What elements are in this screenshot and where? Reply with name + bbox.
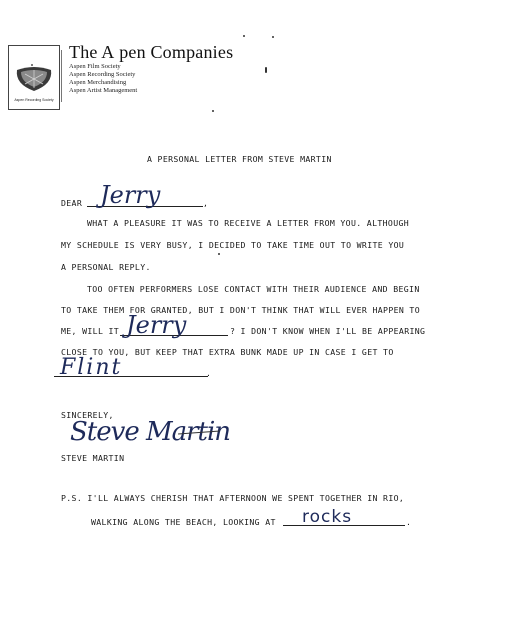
signer-name: STEVE MARTIN [61, 453, 124, 463]
globe-emblem-icon [15, 62, 53, 92]
company-divisions: Aspen Film Society Aspen Recording Socie… [69, 63, 137, 95]
paper-speck [218, 253, 220, 255]
letter-heading: A PERSONAL LETTER FROM STEVE MARTIN [147, 154, 332, 164]
paper-speck [243, 35, 245, 37]
inline-name: Jerry [126, 311, 186, 339]
company-logo: Aspen Recording Society [8, 45, 60, 110]
ps-line: P.S. I'LL ALWAYS CHERISH THAT AFTERNOON … [61, 493, 404, 503]
city-period: . [206, 368, 211, 378]
ps-fill: rocks [302, 507, 352, 527]
ps-period: . [406, 517, 411, 527]
city-name: Flint [60, 355, 122, 380]
salutation-comma: , [203, 198, 208, 208]
letter-page: Aspen Recording Society The A pen Compan… [0, 0, 520, 631]
body-line: TO TAKE THEM FOR GRANTED, BUT I DON'T TH… [61, 305, 420, 315]
division-item: Aspen Artist Management [69, 87, 137, 95]
letterhead-divider [61, 50, 62, 102]
body-line: MY SCHEDULE IS VERY BUSY, I DECIDED TO T… [61, 240, 404, 250]
division-item: Aspen Recording Society [69, 71, 137, 79]
division-item: Aspen Film Society [69, 63, 137, 71]
body-line: WHAT A PLEASURE IT WAS TO RECEIVE A LETT… [87, 218, 409, 228]
division-item: Aspen Merchandising [69, 79, 137, 87]
body-line: A PERSONAL REPLY. [61, 262, 151, 272]
logo-caption: Aspen Recording Society [10, 98, 58, 102]
paper-speck [272, 36, 274, 38]
body-line: ME, WILL IT [61, 326, 119, 336]
ps-line: WALKING ALONG THE BEACH, LOOKING AT [91, 517, 276, 527]
body-line: ? I DON'T KNOW WHEN I'LL BE APPEARING [230, 326, 425, 336]
salutation-name: Jerry [100, 181, 160, 209]
paper-speck [212, 110, 214, 112]
company-name: The A pen Companies [69, 42, 233, 63]
paper-speck [265, 67, 267, 73]
body-line: TOO OFTEN PERFORMERS LOSE CONTACT WITH T… [87, 284, 420, 294]
salutation-prefix: DEAR [61, 198, 82, 208]
